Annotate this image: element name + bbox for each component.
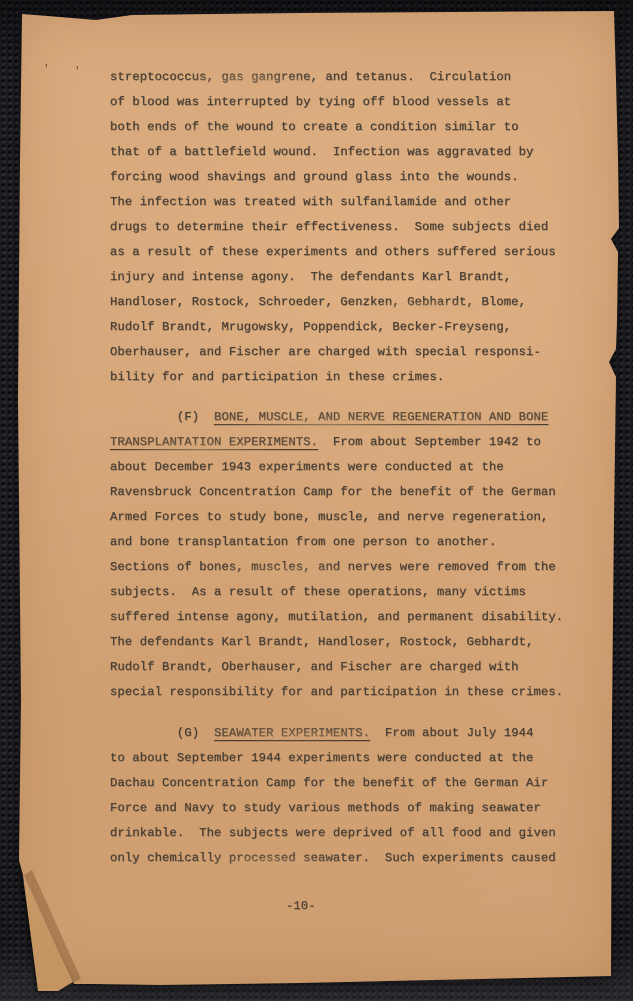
text-segment: (G) bbox=[110, 726, 214, 740]
text-segment: drugs to determine their effectiveness. … bbox=[110, 220, 548, 234]
text-line: Rudolf Brandt, Oberhauser, and Fischer a… bbox=[110, 655, 580, 680]
text-segment: and bone transplantation from one person… bbox=[110, 535, 496, 549]
text-line: Sections of bones, muscles, and nerves w… bbox=[110, 555, 580, 580]
text-line: drinkable. The subjects were deprived of… bbox=[110, 821, 580, 846]
text-segment: bility for and participation in these cr… bbox=[110, 370, 444, 384]
text-segment: that of a battlefield wound. Infection w… bbox=[110, 145, 533, 159]
text-line: (F) BONE, MUSCLE, AND NERVE REGENERATION… bbox=[110, 405, 580, 430]
text-line: both ends of the wound to create a condi… bbox=[110, 115, 580, 140]
ink-speck: ' bbox=[43, 64, 50, 76]
text-line: to about September 1944 experiments were… bbox=[110, 746, 580, 771]
text-segment: as a result of these experiments and oth… bbox=[110, 245, 556, 259]
text-line: as a result of these experiments and oth… bbox=[110, 240, 580, 265]
text-segment: both ends of the wound to create a condi… bbox=[110, 120, 519, 134]
text-line: suffered intense agony, mutilation, and … bbox=[110, 605, 580, 630]
text-segment: forcing wood shavings and ground glass i… bbox=[110, 170, 519, 184]
text-segment: suffered intense agony, mutilation, and … bbox=[110, 610, 563, 624]
text-segment: Armed Forces to study bone, muscle, and … bbox=[110, 510, 548, 524]
typewritten-text: streptococcus, gas gangrene, and tetanus… bbox=[110, 65, 580, 871]
text-segment: about December 1943 experiments were con… bbox=[110, 460, 504, 474]
section-f-bone-muscle-nerve-experiments: (F) BONE, MUSCLE, AND NERVE REGENERATION… bbox=[110, 405, 580, 705]
text-segment: From about September 1942 to bbox=[318, 435, 541, 449]
photographed-document: ' ' streptococcus, gas gangrene, and tet… bbox=[0, 0, 633, 1001]
text-line: Ravensbruck Concentration Camp for the b… bbox=[110, 480, 580, 505]
text-line: forcing wood shavings and ground glass i… bbox=[110, 165, 580, 190]
text-line: special responsibility for and participa… bbox=[110, 680, 580, 705]
text-segment: of blood was interrupted by tying off bl… bbox=[110, 95, 511, 109]
text-segment: special responsibility for and participa… bbox=[110, 685, 563, 699]
text-segment: drinkable. The subjects were deprived of… bbox=[110, 826, 556, 840]
text-segment: to about September 1944 experiments were… bbox=[110, 751, 533, 765]
text-line: subjects. As a result of these operation… bbox=[110, 580, 580, 605]
text-line: Force and Navy to study various methods … bbox=[110, 796, 580, 821]
text-segment: Ravensbruck Concentration Camp for the b… bbox=[110, 485, 556, 499]
text-segment: Rudolf Brandt, Mrugowsky, Poppendick, Be… bbox=[110, 320, 511, 334]
text-line: of blood was interrupted by tying off bl… bbox=[110, 90, 580, 115]
text-segment: From about July 1944 bbox=[370, 726, 533, 740]
section-g-seawater-experiments: (G) SEAWATER EXPERIMENTS. From about Jul… bbox=[110, 721, 580, 871]
underlined-heading: TRANSPLANTATION EXPERIMENTS. bbox=[110, 435, 318, 449]
text-line: The defendants Karl Brandt, Handloser, R… bbox=[110, 630, 580, 655]
text-segment: Oberhauser, and Fischer are charged with… bbox=[110, 345, 541, 359]
text-segment: injury and intense agony. The defendants… bbox=[110, 270, 511, 284]
text-segment: Rudolf Brandt, Oberhauser, and Fischer a… bbox=[110, 660, 519, 674]
text-line: drugs to determine their effectiveness. … bbox=[110, 215, 580, 240]
text-line: TRANSPLANTATION EXPERIMENTS. From about … bbox=[110, 430, 580, 455]
text-segment: Force and Navy to study various methods … bbox=[110, 801, 541, 815]
text-line: Dachau Concentration Camp for the benefi… bbox=[110, 771, 580, 796]
text-segment: subjects. As a result of these operation… bbox=[110, 585, 526, 599]
page-number: -10- bbox=[286, 894, 316, 919]
text-line: The infection was treated with sulfanila… bbox=[110, 190, 580, 215]
ink-speck: ' bbox=[74, 66, 81, 78]
text-line: Oberhauser, and Fischer are charged with… bbox=[110, 340, 580, 365]
underlined-heading: SEAWATER EXPERIMENTS. bbox=[214, 726, 370, 740]
paragraph-sulfanilamide-experiments-continued: streptococcus, gas gangrene, and tetanus… bbox=[110, 65, 580, 390]
text-segment: Dachau Concentration Camp for the benefi… bbox=[110, 776, 548, 790]
text-line: Armed Forces to study bone, muscle, and … bbox=[110, 505, 580, 530]
text-line: streptococcus, gas gangrene, and tetanus… bbox=[110, 65, 580, 90]
text-segment: streptococcus, gas gangrene, and tetanus… bbox=[110, 70, 511, 84]
underlined-heading: BONE, MUSCLE, AND NERVE REGENERATION AND… bbox=[214, 410, 548, 424]
text-line: (G) SEAWATER EXPERIMENTS. From about Jul… bbox=[110, 721, 580, 746]
text-line: bility for and participation in these cr… bbox=[110, 365, 580, 390]
text-line: injury and intense agony. The defendants… bbox=[110, 265, 580, 290]
text-line: that of a battlefield wound. Infection w… bbox=[110, 140, 580, 165]
text-segment: Handloser, Rostock, Schroeder, Genzken, … bbox=[110, 295, 526, 309]
text-segment: The infection was treated with sulfanila… bbox=[110, 195, 511, 209]
text-segment: (F) bbox=[110, 410, 214, 424]
text-line: about December 1943 experiments were con… bbox=[110, 455, 580, 480]
text-segment: only chemically processed seawater. Such… bbox=[110, 851, 556, 865]
text-segment: The defendants Karl Brandt, Handloser, R… bbox=[110, 635, 533, 649]
text-segment: Sections of bones, muscles, and nerves w… bbox=[110, 560, 556, 574]
text-line: and bone transplantation from one person… bbox=[110, 530, 580, 555]
text-line: only chemically processed seawater. Such… bbox=[110, 846, 580, 871]
text-line: Rudolf Brandt, Mrugowsky, Poppendick, Be… bbox=[110, 315, 580, 340]
text-line: Handloser, Rostock, Schroeder, Genzken, … bbox=[110, 290, 580, 315]
